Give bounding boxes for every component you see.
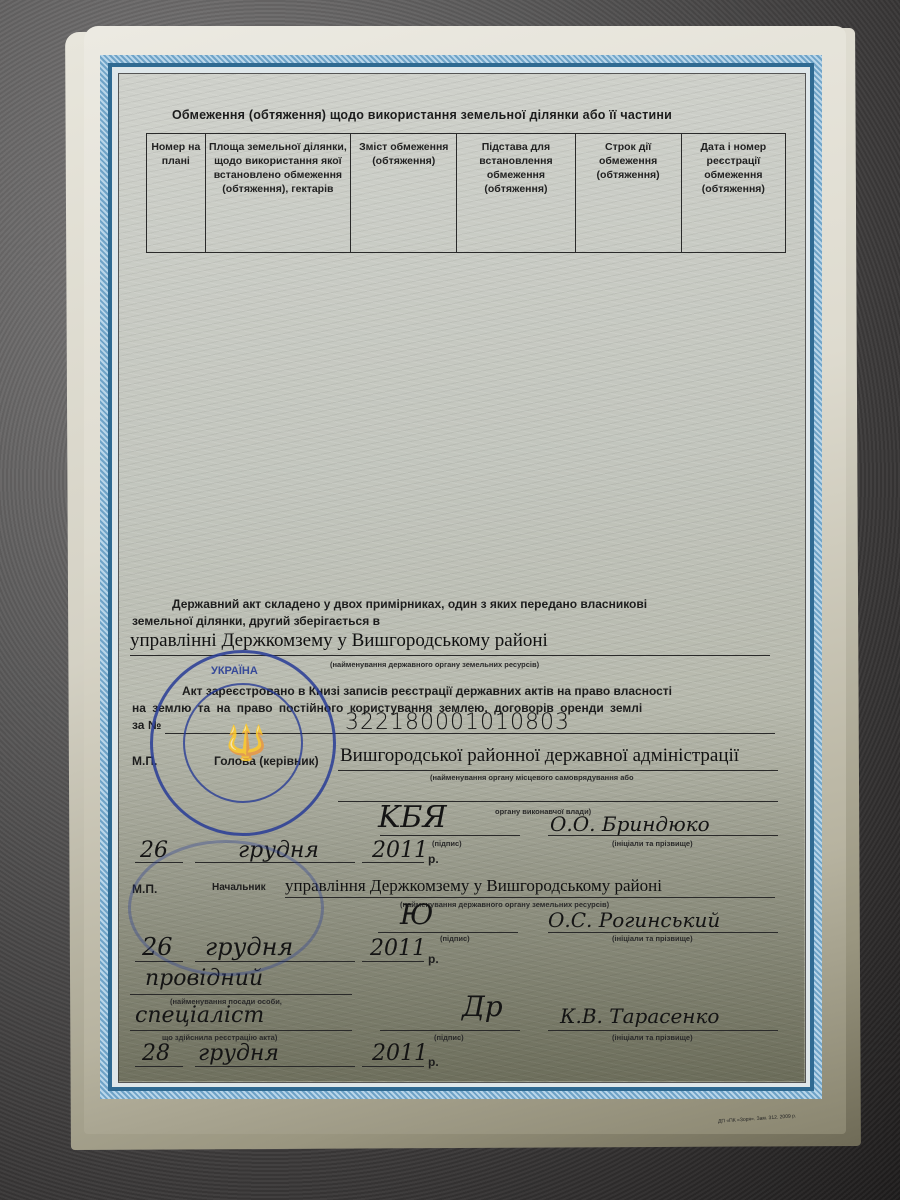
col-plan-number: Номер на плані bbox=[147, 134, 206, 253]
signature-2: Ю bbox=[400, 898, 433, 931]
signature-2-name: О.С. Рогинський bbox=[548, 908, 720, 932]
year-suffix-2: р. bbox=[428, 952, 439, 966]
year-suffix-3: р. bbox=[428, 1055, 439, 1069]
date3-month: грудня bbox=[198, 1041, 279, 1066]
col-registration: Дата і номер реєстрації обмеження (обтяж… bbox=[681, 134, 785, 253]
col-term: Строк дії обмеження (обтяження) bbox=[575, 134, 681, 253]
caption-initials-2: (ініціали та прізвище) bbox=[612, 934, 693, 943]
registration-number: 322180001010803 bbox=[345, 710, 570, 735]
signature-3-name: К.В. Тарасенко bbox=[560, 1004, 719, 1028]
copies-org: управлінні Держкомзему у Вишгородському … bbox=[130, 630, 548, 652]
official-stamp: УКРАЇНА 🔱 bbox=[150, 650, 336, 836]
caption-signature-1: (підпис) bbox=[432, 839, 462, 848]
signature-3: Др bbox=[462, 990, 503, 1023]
restrictions-table: Номер на плані Площа земельної ділянки, … bbox=[146, 133, 786, 253]
date1-year: 2011 bbox=[372, 838, 428, 863]
position-line2: спеціаліст bbox=[135, 1003, 264, 1028]
chief-org: управління Держкомзему у Вишгородському … bbox=[285, 876, 662, 896]
faded-stamp bbox=[128, 840, 324, 976]
col-area: Площа земельної ділянки, щодо використан… bbox=[205, 134, 351, 253]
head-org: Вишгородської районної державної адмініс… bbox=[340, 745, 739, 767]
date3-year: 2011 bbox=[372, 1041, 428, 1066]
caption-signature-2: (підпис) bbox=[440, 934, 470, 943]
year-suffix-1: р. bbox=[428, 852, 439, 866]
caption-local-gov-1: (найменування органу місцевого самовряду… bbox=[430, 773, 634, 782]
caption-initials-3: (ініціали та прізвище) bbox=[612, 1033, 693, 1042]
signature-1-name: О.О. Бриндюко bbox=[550, 812, 710, 836]
caption-initials-1: (ініціали та прізвище) bbox=[612, 839, 693, 848]
col-basis: Підстава для встановлення обмеження (обт… bbox=[457, 134, 575, 253]
copies-text-line2: земельної ділянки, другий зберігається в bbox=[132, 614, 380, 628]
caption-signature-3: (підпис) bbox=[434, 1033, 464, 1042]
restrictions-title: Обмеження (обтяження) щодо використання … bbox=[172, 108, 772, 122]
caption-land-org: (найменування державного органу земельни… bbox=[330, 660, 539, 669]
signature-1: KБЯ bbox=[378, 800, 447, 835]
stamp-text: УКРАЇНА bbox=[211, 665, 258, 677]
date3-day: 28 bbox=[142, 1041, 170, 1066]
copies-text-line1: Державний акт складено у двох примірника… bbox=[172, 597, 647, 611]
trident-emblem-icon: 🔱 bbox=[225, 723, 267, 763]
date2-year: 2011 bbox=[370, 936, 426, 961]
col-content: Зміст обмеження (обтяження) bbox=[351, 134, 457, 253]
